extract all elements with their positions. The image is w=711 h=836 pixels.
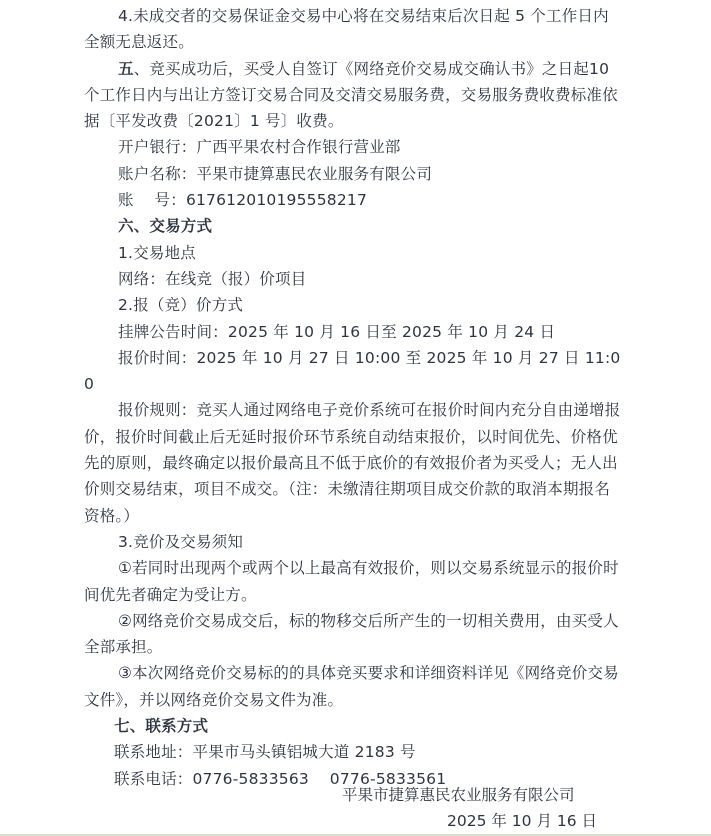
contact-address: 联系地址：平果市马头镇铝城大道 2183 号 xyxy=(84,739,624,765)
bidding-notice-title: 3.竞价及交易须知 xyxy=(84,529,624,555)
bank-label: 开户银行： xyxy=(118,138,197,156)
account-name-value: 平果市捷算惠民农业服务有限公司 xyxy=(197,165,433,183)
notice-item-2: ②网络竞价交易成交后，标的物移交后所产生的一切相关费用，由买受人全部承担。 xyxy=(84,608,624,661)
bidding-method-title: 2.报（竞）价方式 xyxy=(84,292,624,318)
notice-item-1: ①若同时出现两个或两个以上最高有效报价，则以交易系统显示的报价时间优先者确定为受… xyxy=(84,555,624,608)
account-name-info: 账户名称：平果市捷算惠民农业服务有限公司 xyxy=(84,161,624,187)
listing-time: 挂牌公告时间：2025 年 10 月 16 日至 2025 年 10 月 24 … xyxy=(84,319,624,345)
section-5-number: 五 xyxy=(118,60,134,78)
signature-block: 平果市捷算惠民农业服务有限公司 2025 年 10 月 16 日 xyxy=(342,782,597,834)
account-name-label: 账户名称： xyxy=(118,165,197,183)
signature-date: 2025 年 10 月 16 日 xyxy=(342,808,597,834)
trading-location-title: 1.交易地点 xyxy=(84,240,624,266)
announcement-body: 4.未成交者的交易保证金交易中心将在交易结束后次日起 5 个工作日内全额无息返还… xyxy=(84,3,624,792)
bid-rules: 报价规则：竞买人通过网络电子竞价系统可在报价时间内充分自由递增报价，报价时间截止… xyxy=(84,397,624,528)
post-auction-clause: 五、竞买成功后，买受人自签订《网络竞价交易成交确认书》之日起10 个工作日内与出… xyxy=(84,56,624,135)
bank-info: 开户银行：广西平果农村合作银行营业部 xyxy=(84,134,624,160)
account-number-label: 账 号： xyxy=(118,191,186,209)
notice-item-3: ③本次网络竞价交易标的的具体竞买要求和详细资料详见《网络竞价交易文件》，并以网络… xyxy=(84,660,624,713)
signature-company: 平果市捷算惠民农业服务有限公司 xyxy=(342,782,597,808)
bank-value: 广西平果农村合作银行营业部 xyxy=(197,138,401,156)
refund-clause: 4.未成交者的交易保证金交易中心将在交易结束后次日起 5 个工作日内全额无息返还… xyxy=(84,3,624,56)
section-5-text: 、竞买成功后，买受人自签订《网络竞价交易成交确认书》之日起10 个工作日内与出让… xyxy=(84,60,618,131)
trading-location-value: 网络：在线竞（报）价项目 xyxy=(84,266,624,292)
account-number-value: 617612010195558217 xyxy=(186,191,367,209)
section-7-heading: 七、联系方式 xyxy=(84,713,624,739)
bid-time: 报价时间：2025 年 10 月 27 日 10:00 至 2025 年 10 … xyxy=(84,345,624,398)
account-number-info: 账 号：617612010195558217 xyxy=(84,187,624,213)
section-6-heading: 六、交易方式 xyxy=(84,213,624,239)
